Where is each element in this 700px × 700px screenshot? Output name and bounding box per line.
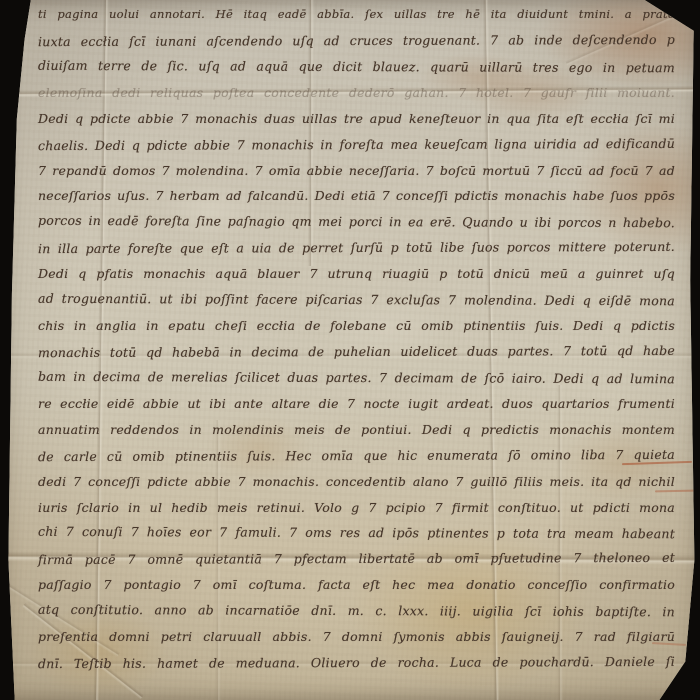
manuscript-line: dnī. Teſtib his. hamet de meduana. Oliue…: [38, 649, 675, 677]
manuscript-line: chi 7 conuſi 7 hoīes eor 7 famuli. 7 oms…: [38, 519, 675, 547]
manuscript-line: paſſagio 7 pontagio 7 omī coſtuma. facta…: [38, 572, 675, 598]
manuscript-line: monachis totū qd habebā in decima de puh…: [38, 338, 675, 366]
manuscript-line: firmā pacē 7 omnē quietantiā 7 pfectam l…: [38, 545, 675, 573]
manuscript-line: de carle cū omib ptinentiis ſuis. Hec om…: [38, 442, 675, 470]
manuscript-line: preſentia domni petri claruuall abbis. 7…: [38, 624, 675, 650]
manuscript-line: Dedi q pdicte abbie 7 monachis duas uill…: [38, 106, 675, 132]
manuscript-line: neceſſarios uſus. 7 herbam ad falcandū. …: [38, 183, 675, 209]
manuscript-line: atq conſtitutio. anno ab incarnatiōe dnī…: [38, 597, 675, 625]
manuscript-line: iuxta eccłia ſcī iunani aſcendendo uſq a…: [38, 27, 675, 55]
manuscript-line: annuatim reddendos in molendinis meis de…: [38, 417, 675, 443]
manuscript-line: ad troguenantiū. ut ibi poſſint facere p…: [38, 286, 675, 314]
manuscript-line: re eccłie eidē abbie ut ibi ante altare …: [38, 391, 675, 417]
parchment: ti pagina uolui annotari. Hē itaq eadē a…: [0, 0, 700, 700]
manuscript-line: bam in decima de merelias ſcilicet duas …: [38, 364, 675, 392]
manuscript-line: ti pagina uolui annotari. Hē itaq eadē a…: [38, 2, 675, 28]
manuscript-photo: ti pagina uolui annotari. Hē itaq eadē a…: [0, 0, 700, 700]
manuscript-text: ti pagina uolui annotari. Hē itaq eadē a…: [38, 2, 675, 700]
manuscript-line: porcos in eadē foreſta ſine paſnagio qm …: [38, 208, 675, 236]
manuscript-line: chis in anglia in epatu cheſi eccłia de …: [38, 313, 675, 339]
manuscript-line: elemoſina dedi reliquas poſtea concedent…: [38, 80, 675, 106]
manuscript-line: iuris ſclario in ul hedib meis retinui. …: [38, 495, 675, 521]
manuscript-line: 7 repandū domos 7 molendina. 7 omīa abbi…: [38, 158, 675, 184]
manuscript-line: Dedi q pfatis monachis aquā blauer 7 utr…: [38, 261, 675, 287]
manuscript-line: in illa parte foreſte que eſt a uia de p…: [38, 234, 675, 262]
manuscript-line: diuiſam terre de ſic. uſq ad aquā que di…: [38, 53, 675, 81]
manuscript-line: chaelis. Dedi q pdicte abbie 7 monachis …: [38, 130, 675, 158]
manuscript-line: dedi 7 conceſſi pdicte abbie 7 monachis.…: [38, 469, 675, 495]
